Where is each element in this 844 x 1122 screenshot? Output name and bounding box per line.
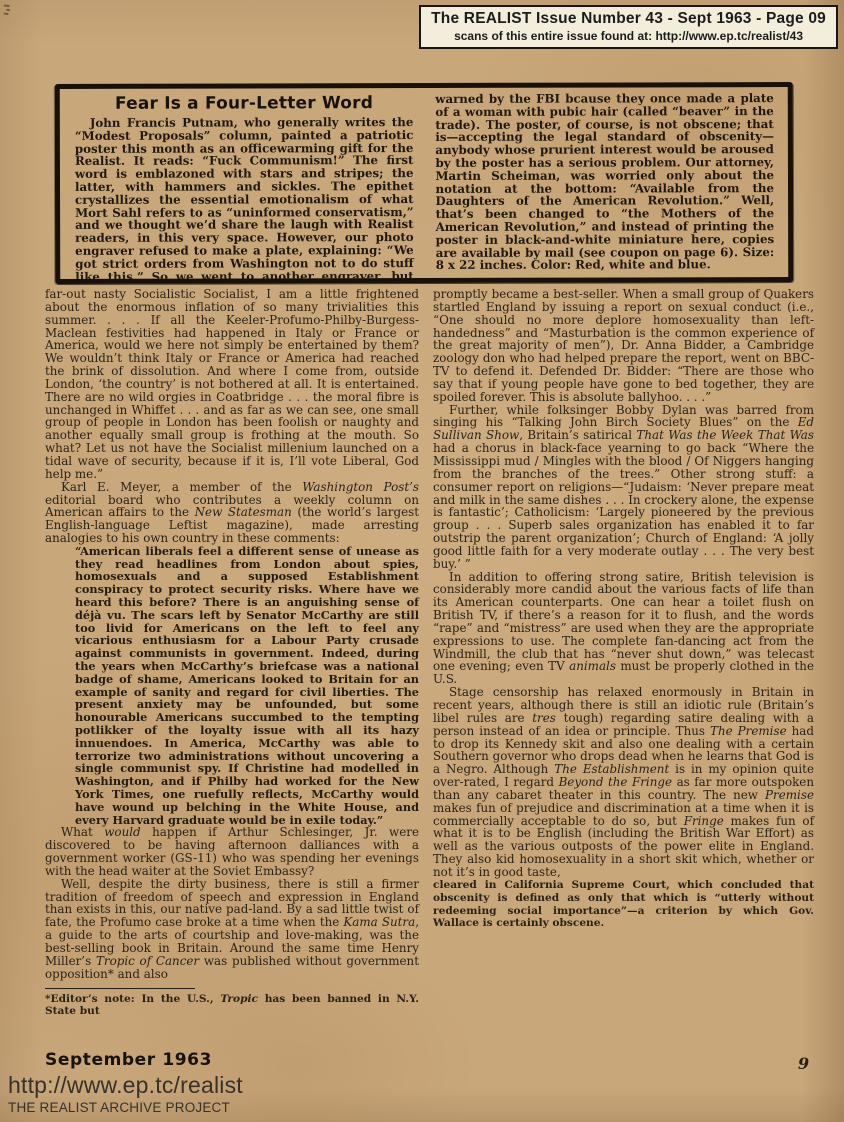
blockquote-paragraph: “American liberals feel a different sens… [75, 545, 419, 827]
feature-box-left-column: Fear Is a Four-Letter Word John Francis … [75, 93, 414, 275]
feature-box-left-text: John Francis Putnam, who generally write… [75, 116, 414, 284]
body-paragraph: What would happen if Arthur Schlesinger,… [45, 826, 419, 877]
footnote-left: *Editor’s note: In the U.S., Tropic has … [45, 993, 419, 1019]
scan-header-title: The REALIST Issue Number 43 - Sept 1963 … [431, 10, 826, 28]
feature-box-title: Fear Is a Four-Letter Word [75, 93, 414, 114]
scan-header-source-url: scans of this entire issue found at: htt… [431, 29, 826, 43]
scan-header-box: The REALIST Issue Number 43 - Sept 1963 … [419, 5, 838, 49]
archive-url: http://www.ep.tc/realist [8, 1072, 243, 1099]
issue-date: September 1963 [45, 1050, 212, 1070]
article-body: far-out nasty Socialistic Socialist, I a… [45, 288, 814, 1018]
feature-box-right-column: warned by the FBI bcause they once made … [435, 92, 774, 274]
body-paragraph: Stage censorship has relaxed enormously … [433, 686, 814, 879]
page-number: 9 [798, 1054, 809, 1073]
feature-box: Fear Is a Four-Letter Word John Francis … [55, 82, 794, 284]
body-right-column: promptly became a best-seller. When a sm… [433, 288, 814, 1018]
archive-footer: http://www.ep.tc/realist THE REALIST ARC… [8, 1072, 243, 1115]
pen-scribble-artifact [2, 2, 14, 19]
body-paragraph: far-out nasty Socialistic Socialist, I a… [45, 288, 419, 481]
scanned-magazine-page: The REALIST Issue Number 43 - Sept 1963 … [0, 0, 844, 1122]
feature-box-right-text: warned by the FBI bcause they once made … [435, 92, 774, 272]
footnote-rule [45, 988, 195, 989]
body-paragraph: Well, despite the dirty business, there … [45, 878, 419, 981]
body-paragraph: In addition to offering strong satire, B… [433, 571, 814, 687]
body-left-column: far-out nasty Socialistic Socialist, I a… [45, 288, 419, 1018]
body-paragraph: Further, while folksinger Bobby Dylan wa… [433, 404, 814, 571]
footnote-right: cleared in California Supreme Court, whi… [433, 879, 814, 930]
archive-project-name: THE REALIST ARCHIVE PROJECT [8, 1100, 243, 1115]
body-paragraph: promptly became a best-seller. When a sm… [433, 288, 814, 404]
body-paragraph: Karl E. Meyer, a member of the Washingto… [45, 481, 419, 545]
